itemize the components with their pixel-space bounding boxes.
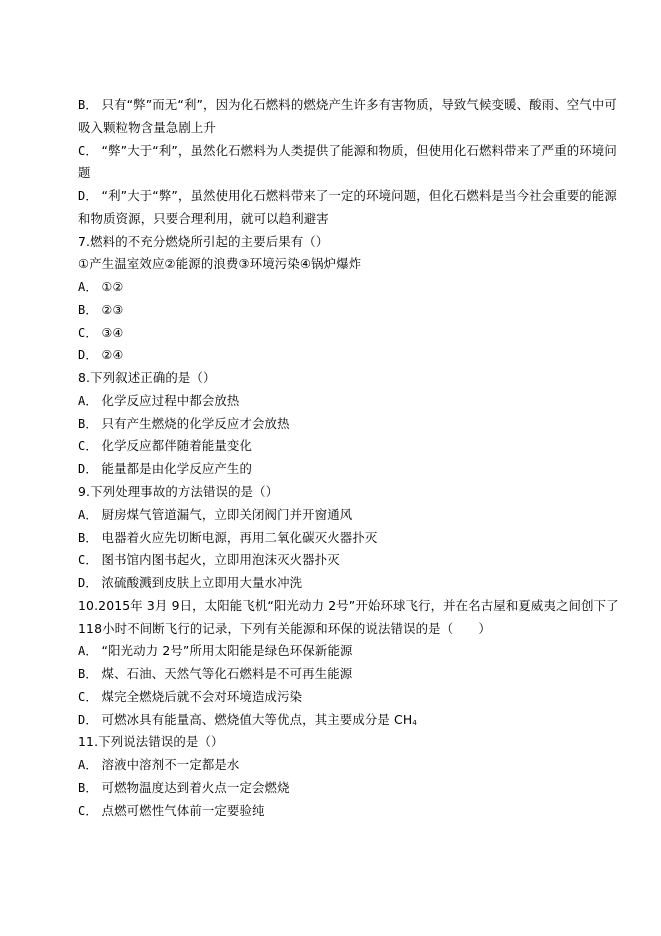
q10-stem-line2: 118小时不间断飞行的记录，下列有关能源和环保的说法错误的是（ ） <box>78 618 588 641</box>
option-label: C． <box>78 690 98 704</box>
q11-option-a: A．溶液中溶剂不一定都是水 <box>78 754 588 777</box>
option-label: D． <box>78 462 98 476</box>
q10-stem-line1: 10.2015年 3月 9日，太阳能飞机“阳光动力 2号”开始环球飞行，并在名古… <box>78 595 588 618</box>
q9-option-a: A．厨房煤气管道漏气，立即关闭阀门并开窗通风 <box>78 504 588 527</box>
option-text: 点燃可燃性气体前一定要验纯 <box>102 803 265 818</box>
subscript: 4 <box>412 719 417 727</box>
q7-statements: ①产生温室效应②能源的浪费③环境污染④锅炉爆炸 <box>78 253 588 276</box>
option-text: 浓硫酸溅到皮肤上立即用大量水冲洗 <box>102 575 303 590</box>
q11-option-b: B．可燃物温度达到着火点一定会燃烧 <box>78 777 588 800</box>
option-label: B． <box>78 303 98 317</box>
q7-stem: 7.燃料的不充分燃烧所引起的主要后果有（） <box>78 231 588 254</box>
q8-option-b: B．只有产生燃烧的化学反应才会放热 <box>78 413 588 436</box>
option-text: 电器着火应先切断电源，再用二氧化碳灭火器扑灭 <box>102 530 378 545</box>
option-text: 只有产生燃烧的化学反应才会放热 <box>102 416 290 431</box>
option-label: C． <box>78 144 98 158</box>
option-text: 化学反应过程中都会放热 <box>102 393 240 408</box>
q10-option-c: C．煤完全燃烧后就不会对环境造成污染 <box>78 686 588 709</box>
option-label: D． <box>78 189 98 203</box>
option-text: 化学反应都伴随着能量变化 <box>102 438 253 453</box>
q9-option-b: B．电器着火应先切断电源，再用二氧化碳灭火器扑灭 <box>78 527 588 550</box>
q9-option-d: D．浓硫酸溅到皮肤上立即用大量水冲洗 <box>78 572 588 595</box>
q8-option-c: C．化学反应都伴随着能量变化 <box>78 435 588 458</box>
option-text: “阳光动力 2号”所用太阳能是绿色环保新能源 <box>102 643 353 658</box>
option-label: D． <box>78 713 98 727</box>
option-label: A． <box>78 394 98 408</box>
option-label: D． <box>78 348 98 362</box>
option-text: 可燃冰具有能量高、燃烧值大等优点，其主要成分是 CH <box>102 712 413 727</box>
option-text: 溶液中溶剂不一定都是水 <box>102 757 240 772</box>
option-label: C． <box>78 439 98 453</box>
option-text: 煤、石油、天然气等化石燃料是不可再生能源 <box>102 666 353 681</box>
q8-option-a: A．化学反应过程中都会放热 <box>78 390 588 413</box>
q7-option-c: C．③④ <box>78 322 588 345</box>
option-label: A． <box>78 758 98 772</box>
option-text: ①② <box>102 280 124 294</box>
option-text: 厨房煤气管道漏气，立即关闭阀门并开窗通风 <box>102 507 353 522</box>
option-text: 可燃物温度达到着火点一定会燃烧 <box>102 780 290 795</box>
option-label: C． <box>78 553 98 567</box>
q7-option-a: A．①② <box>78 276 588 299</box>
option-label: B． <box>78 667 98 681</box>
option-text: “利”大于“弊”，虽然使用化石燃料带来了一定的环境问题，但化石燃料是当今社会重要… <box>102 188 617 203</box>
q7-option-b: B．②③ <box>78 299 588 322</box>
option-label: C． <box>78 804 98 818</box>
q6-option-b-line2: 吸入颗粒物含量急剧上升 <box>78 117 588 140</box>
q8-stem: 8.下列叙述正确的是（） <box>78 367 588 390</box>
option-label: B． <box>78 531 98 545</box>
option-label: B． <box>78 98 98 112</box>
option-label: D． <box>78 576 98 590</box>
q11-option-c: C．点燃可燃性气体前一定要验纯 <box>78 800 588 823</box>
q6-option-b-line1: B．只有“弊”而无“利”，因为化石燃料的燃烧产生许多有害物质，导致气候变暖、酸雨… <box>78 94 588 117</box>
q6-option-c-line2: 题 <box>78 162 588 185</box>
option-text: 只有“弊”而无“利”，因为化石燃料的燃烧产生许多有害物质，导致气候变暖、酸雨、空… <box>102 97 617 112</box>
option-text: ②④ <box>102 348 124 362</box>
q8-option-d: D．能量都是由化学反应产生的 <box>78 458 588 481</box>
document-page: B．只有“弊”而无“利”，因为化石燃料的燃烧产生许多有害物质，导致气候变暖、酸雨… <box>78 94 588 823</box>
q6-option-d-line1: D．“利”大于“弊”，虽然使用化石燃料带来了一定的环境问题，但化石燃料是当今社会… <box>78 185 588 208</box>
q10-option-d: D．可燃冰具有能量高、燃烧值大等优点，其主要成分是 CH4 <box>78 709 588 732</box>
q7-option-d: D．②④ <box>78 344 588 367</box>
option-text: 煤完全燃烧后就不会对环境造成污染 <box>102 689 303 704</box>
q6-option-d-line2: 和物质资源，只要合理利用，就可以趋利避害 <box>78 208 588 231</box>
q11-stem: 11.下列说法错误的是（） <box>78 731 588 754</box>
option-text: “弊”大于“利”，虽然化石燃料为人类提供了能源和物质，但使用化石燃料带来了严重的… <box>102 143 617 158</box>
q9-stem: 9.下列处理事故的方法错误的是（） <box>78 481 588 504</box>
option-label: A． <box>78 280 98 294</box>
option-label: B． <box>78 781 98 795</box>
q10-option-b: B．煤、石油、天然气等化石燃料是不可再生能源 <box>78 663 588 686</box>
option-text: ②③ <box>102 303 124 317</box>
q10-option-a: A．“阳光动力 2号”所用太阳能是绿色环保新能源 <box>78 640 588 663</box>
option-text: ③④ <box>102 326 124 340</box>
q6-option-c-line1: C．“弊”大于“利”，虽然化石燃料为人类提供了能源和物质，但使用化石燃料带来了严… <box>78 140 588 163</box>
option-text: 能量都是由化学反应产生的 <box>102 461 253 476</box>
option-label: A． <box>78 644 98 658</box>
q9-option-c: C．图书馆内图书起火，立即用泡沫灭火器扑灭 <box>78 549 588 572</box>
option-label: A． <box>78 508 98 522</box>
option-label: B． <box>78 417 98 431</box>
option-label: C． <box>78 326 98 340</box>
option-text: 图书馆内图书起火，立即用泡沫灭火器扑灭 <box>102 552 340 567</box>
